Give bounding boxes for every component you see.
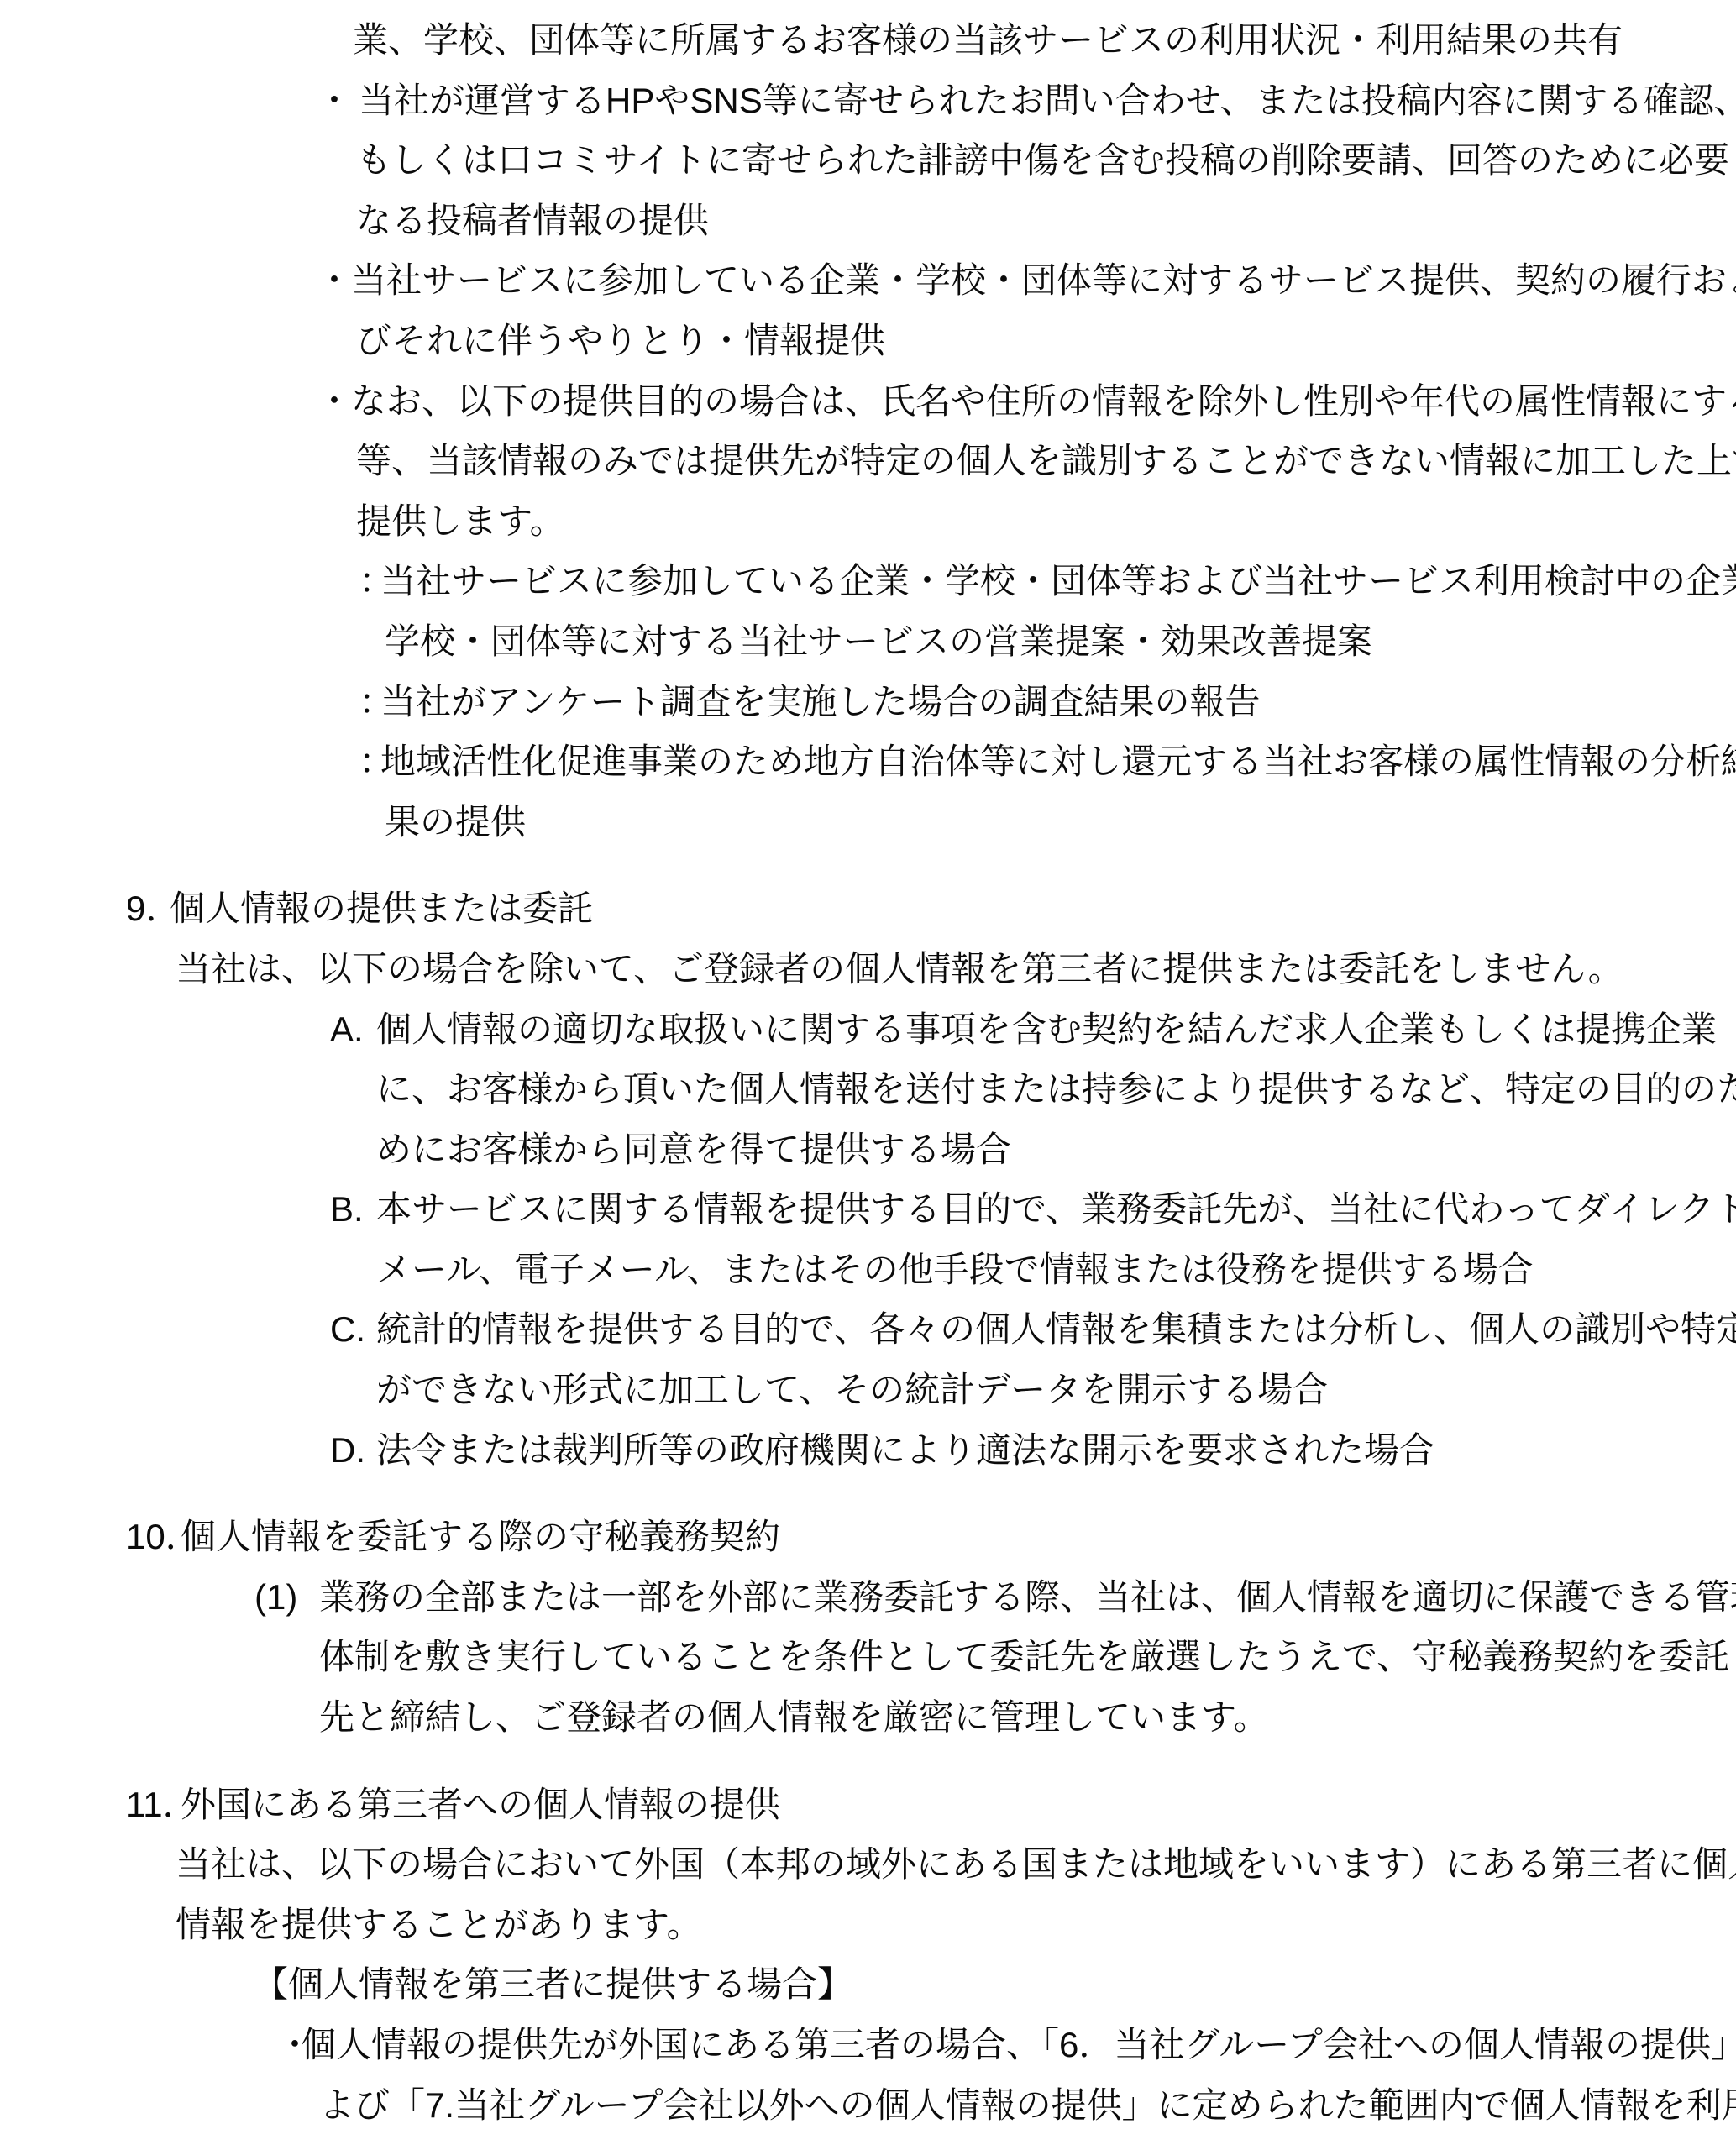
- line-text: 【個人情報を第三者に提供する場合】: [253, 1964, 852, 2004]
- line-marker: ：: [359, 732, 380, 792]
- line-text: 本サービスに関する情報を提供する目的で、業務委託先が、当社に代わってダイレクト: [376, 1189, 1736, 1229]
- wrapped-line: 提供します。: [0, 491, 1736, 552]
- line-marker: ・: [317, 71, 359, 131]
- bracket-label: 【個人情報を第三者に提供する場合】: [0, 1954, 1736, 2015]
- line-text: 法令または裁判所等の政府機関により適法な開示を要求された場合: [376, 1430, 1434, 1470]
- bullet-item: ・個人情報の提供先が外国にある第三者の場合、「6．当社グループ会社への個人情報の…: [0, 2015, 1736, 2075]
- line-marker: ・: [277, 2015, 301, 2075]
- bullet-item: ・当社サービスに参加している企業・学校・団体等に対するサービス提供、契約の履行お…: [0, 250, 1736, 311]
- bullet-item: ・当社が運営するHPやSNS等に寄せられたお問い合わせ、または投稿内容に関する確…: [0, 71, 1736, 131]
- section-11-body: 当社は、以下の場合において外国（本邦の域外にある国または地域をいいます）にある第…: [0, 1834, 1736, 1895]
- list-item-d: D.法令または裁判所等の政府機関により適法な開示を要求された場合: [0, 1420, 1736, 1481]
- line-marker: 9．: [126, 878, 170, 939]
- line-marker: A.: [330, 999, 376, 1060]
- wrapped-line: ができない形式に加工して、その統計データを開示する場合: [0, 1360, 1736, 1420]
- line-text: 当社サービスに参加している企業・学校・団体等に対するサービス提供、契約の履行およ: [351, 260, 1736, 300]
- line-text: 先と締結し、ご登録者の個人情報を厳密に管理しています。: [319, 1697, 1269, 1737]
- line-text: に、お客様から頂いた個人情報を送付または持参により提供するなど、特定の目的のた: [376, 1069, 1736, 1109]
- section-10-heading: 10．個人情報を委託する際の守秘義務契約: [0, 1507, 1736, 1567]
- line-marker: ・: [317, 250, 351, 311]
- line-marker: 11．: [126, 1775, 181, 1835]
- line-text: 等、当該情報のみでは提供先が特定の個人を識別することができない情報に加工した上で: [356, 441, 1736, 480]
- line-marker: D.: [330, 1420, 376, 1481]
- wrapped-line: 等、当該情報のみでは提供先が特定の個人を識別することができない情報に加工した上で: [0, 431, 1736, 491]
- list-item-1: (1)業務の全部または一部を外部に業務委託する際、当社は、個人情報を適切に保護で…: [0, 1567, 1736, 1628]
- wrapped-line: 情報を提供することがあります。: [0, 1895, 1736, 1955]
- wrapped-line: 先と締結し、ご登録者の個人情報を厳密に管理しています。: [0, 1687, 1736, 1748]
- line-text: よび「7.当社グループ会社以外への個人情報の提供」に定められた範囲内で個人情報を…: [319, 2085, 1736, 2125]
- list-item-a: A.個人情報の適切な取扱いに関する事項を含む契約を結んだ求人企業もしくは提携企業: [0, 999, 1736, 1060]
- line-text: 個人情報の適切な取扱いに関する事項を含む契約を結んだ求人企業もしくは提携企業: [376, 1009, 1717, 1049]
- wrapped-line: 果の提供: [0, 792, 1736, 852]
- line-marker: ：: [359, 551, 380, 611]
- line-text: 体制を敷き実行していることを条件として委託先を厳選したうえで、守秘義務契約を委託: [319, 1637, 1729, 1676]
- line-text: 外国にある第三者への個人情報の提供: [181, 1785, 780, 1824]
- line-marker: ・: [317, 371, 351, 432]
- list-item-b: B.本サービスに関する情報を提供する目的で、業務委託先が、当社に代わってダイレク…: [0, 1179, 1736, 1240]
- line-marker: B.: [330, 1179, 376, 1240]
- line-marker: ：: [359, 672, 380, 732]
- line-text: 当社がアンケート調査を実施した場合の調査結果の報告: [380, 682, 1260, 721]
- wrapped-line: よび「7.当社グループ会社以外への個人情報の提供」に定められた範囲内で個人情報を…: [0, 2075, 1736, 2136]
- line-text: なお、以下の提供目的の場合は、氏名や住所の情報を除外し性別や年代の属性情報にする: [351, 381, 1736, 421]
- line-text: びそれに伴うやりとり・情報提供: [356, 321, 885, 360]
- line-text: 地域活性化促進事業のため地方自治体等に対し還元する当社お客様の属性情報の分析結: [380, 742, 1736, 781]
- line-text: 業、学校、団体等に所属するお客様の当該サービスの利用状況・利用結果の共有: [353, 20, 1623, 60]
- section-9-heading: 9．個人情報の提供または委託: [0, 878, 1736, 939]
- line-text: 個人情報の提供先が外国にある第三者の場合、「6．当社グループ会社への個人情報の提…: [301, 2025, 1736, 2064]
- colon-item: ：当社がアンケート調査を実施した場合の調査結果の報告: [0, 672, 1736, 732]
- wrapped-line: 学校・団体等に対する当社サービスの営業提案・効果改善提案: [0, 611, 1736, 672]
- section-11-heading: 11．外国にある第三者への個人情報の提供: [0, 1775, 1736, 1835]
- wrapped-line: に、お客様から頂いた個人情報を送付または持参により提供するなど、特定の目的のた: [0, 1059, 1736, 1120]
- line-text: 個人情報の提供または委託: [170, 889, 593, 928]
- colon-item: ：地域活性化促進事業のため地方自治体等に対し還元する当社お客様の属性情報の分析結: [0, 732, 1736, 792]
- line-text: もしくは口コミサイトに寄せられた誹謗中傷を含む投稿の削除要請、回答のために必要と: [356, 140, 1736, 180]
- wrapped-line: めにお客様から同意を得て提供する場合: [0, 1120, 1736, 1180]
- wrapped-line: びそれに伴うやりとり・情報提供: [0, 311, 1736, 371]
- wrapped-line: メール、電子メール、またはその他手段で情報または役務を提供する場合: [0, 1240, 1736, 1300]
- line-text: 個人情報を委託する際の守秘義務契約: [181, 1517, 780, 1556]
- wrapped-line: もしくは口コミサイトに寄せられた誹謗中傷を含む投稿の削除要請、回答のために必要と: [0, 130, 1736, 191]
- wrapped-line: 業、学校、団体等に所属するお客様の当該サービスの利用状況・利用結果の共有: [0, 10, 1736, 71]
- wrapped-line: 体制を敷き実行していることを条件として委託先を厳選したうえで、守秘義務契約を委託: [0, 1627, 1736, 1687]
- line-marker: C.: [330, 1299, 376, 1360]
- line-text: 果の提供: [385, 802, 526, 842]
- line-marker: (1): [254, 1567, 319, 1628]
- line-text: なる投稿者情報の提供: [356, 201, 709, 240]
- line-text: 当社は、以下の場合を除いて、ご登録者の個人情報を第三者に提供または委託をしません…: [176, 949, 1623, 988]
- colon-item: ：当社サービスに参加している企業・学校・団体等および当社サービス利用検討中の企業…: [0, 551, 1736, 611]
- line-text: 当社が運営するHPやSNS等に寄せられたお問い合わせ、または投稿内容に関する確認…: [359, 81, 1736, 120]
- line-text: 情報を提供することがあります。: [176, 1905, 702, 1944]
- line-text: ができない形式に加工して、その統計データを開示する場合: [376, 1370, 1328, 1409]
- line-text: メール、電子メール、またはその他手段で情報または役務を提供する場合: [376, 1250, 1534, 1289]
- line-text: 業務の全部または一部を外部に業務委託する際、当社は、個人情報を適切に保護できる管…: [319, 1577, 1736, 1617]
- line-text: 当社サービスに参加している企業・学校・団体等および当社サービス利用検討中の企業・: [380, 561, 1736, 600]
- line-text: 学校・団体等に対する当社サービスの営業提案・効果改善提案: [385, 621, 1372, 661]
- line-text: 統計的情報を提供する目的で、各々の個人情報を集積または分析し、個人の識別や特定: [376, 1309, 1736, 1349]
- document-page: 業、学校、団体等に所属するお客様の当該サービスの利用状況・利用結果の共有・当社が…: [0, 0, 1736, 2150]
- line-marker: 10．: [126, 1507, 181, 1567]
- list-item-c: C.統計的情報を提供する目的で、各々の個人情報を集積または分析し、個人の識別や特…: [0, 1299, 1736, 1360]
- line-text: 提供します。: [356, 501, 565, 541]
- wrapped-line: なる投稿者情報の提供: [0, 191, 1736, 251]
- section-9-body: 当社は、以下の場合を除いて、ご登録者の個人情報を第三者に提供または委託をしません…: [0, 939, 1736, 999]
- bullet-item: ・なお、以下の提供目的の場合は、氏名や住所の情報を除外し性別や年代の属性情報にす…: [0, 371, 1736, 432]
- line-text: めにお客様から同意を得て提供する場合: [376, 1130, 1011, 1169]
- line-text: 当社は、以下の場合において外国（本邦の域外にある国または地域をいいます）にある第…: [176, 1844, 1736, 1884]
